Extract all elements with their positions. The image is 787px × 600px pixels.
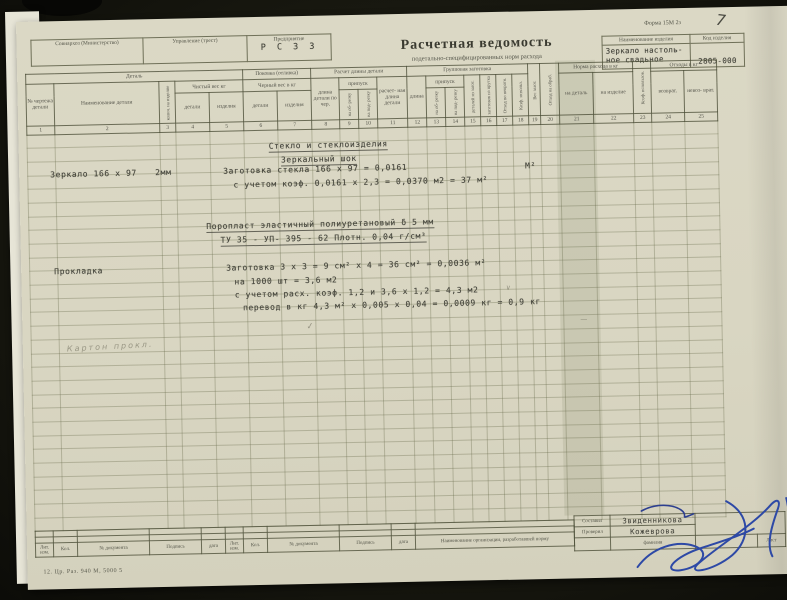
grid-cell <box>283 375 317 389</box>
grid-cell <box>27 148 55 162</box>
grid-cell <box>544 288 563 302</box>
grid-cell <box>541 124 560 138</box>
grid-cell <box>598 327 638 342</box>
grid-cell <box>434 454 453 468</box>
grid-cell <box>529 138 541 152</box>
grid-cell <box>503 426 519 440</box>
grid-cell <box>520 453 536 467</box>
grid-cell <box>214 322 248 336</box>
grid-cell <box>543 206 562 220</box>
grid-cell <box>180 350 214 364</box>
rev-sign-1: Подпись <box>149 540 201 555</box>
col2-header: Наименование детали <box>54 82 160 126</box>
grid-cell <box>634 122 652 136</box>
grid-cell <box>485 317 501 331</box>
grid-cell <box>216 431 250 445</box>
grid-cell <box>385 469 415 483</box>
grid-cell <box>409 195 428 209</box>
grid-cell <box>692 462 725 476</box>
grid-cell <box>453 468 472 482</box>
grid-cell <box>470 372 486 386</box>
grid-cell <box>366 470 385 484</box>
grid-cell <box>446 139 465 153</box>
grid-cell <box>687 244 720 258</box>
grid-cell <box>414 414 433 428</box>
grid-cell <box>652 121 685 135</box>
grid-cell <box>499 220 515 234</box>
grid-cell <box>566 397 600 411</box>
grid-cell <box>414 428 433 442</box>
grid-cell <box>451 358 470 372</box>
grid-cell <box>347 484 366 498</box>
grid-cell <box>690 380 723 394</box>
grid-cell <box>251 458 285 472</box>
grid-cell <box>250 403 284 417</box>
grid-cell <box>176 158 210 172</box>
grid-cell <box>486 371 502 385</box>
grid-cell <box>32 381 60 395</box>
col9-header: на об- резку <box>339 90 359 120</box>
grid-cell <box>452 399 471 413</box>
grid-cell <box>503 439 519 453</box>
grid-cell <box>29 244 57 258</box>
grid-cell <box>516 261 532 275</box>
col4-header: детали <box>175 93 210 123</box>
grid-cell <box>637 272 655 286</box>
grid-cell <box>183 473 217 487</box>
grid-cell <box>250 417 284 431</box>
grid-cell <box>363 333 382 347</box>
form-number: Форма 15М 2з <box>644 20 681 27</box>
grid-cell <box>283 389 317 403</box>
grid-cell <box>541 137 560 151</box>
grid-cell <box>497 152 513 166</box>
grid-cell <box>453 454 472 468</box>
grid-cell <box>533 329 545 343</box>
col22-header: на изделие <box>593 72 634 114</box>
grid-cell <box>429 236 448 250</box>
grid-cell <box>535 425 547 439</box>
col18-header: Коэф. использ. <box>512 74 529 116</box>
grid-cell <box>408 140 427 154</box>
grid-cell <box>364 374 383 388</box>
grid-cell <box>166 419 182 433</box>
col20-header: Отход на обраб. <box>540 63 560 115</box>
grid-cell <box>544 274 563 288</box>
grid-cell <box>545 315 564 329</box>
grid-cell <box>690 353 723 367</box>
grid-cell <box>466 194 482 208</box>
grid-cell <box>638 313 656 327</box>
grid-cell <box>469 344 485 358</box>
grid-cell <box>385 455 415 469</box>
grid-cell <box>453 481 472 495</box>
grid-cell <box>568 492 602 506</box>
grid-cell <box>636 204 654 218</box>
grid-cell <box>639 368 657 382</box>
grid-cell <box>168 501 184 515</box>
grid-cell <box>599 355 639 370</box>
grid-cell <box>596 232 636 247</box>
grid-cell <box>163 269 179 283</box>
grid-cell <box>33 408 61 422</box>
grid-cell <box>365 415 384 429</box>
grid-cell <box>566 438 600 452</box>
grid-cell <box>532 261 544 275</box>
grid-cell <box>517 316 533 330</box>
grid-cell <box>379 195 409 209</box>
grid-cell <box>450 345 469 359</box>
grid-cell <box>536 466 548 480</box>
grid-cell <box>519 412 535 426</box>
grid-cell <box>520 466 536 480</box>
grid-cell <box>249 376 283 390</box>
grid-cell <box>565 369 599 383</box>
grid-cell <box>688 257 721 271</box>
grid-cell <box>446 153 465 167</box>
grid-cell <box>412 332 431 346</box>
grid-cell <box>689 312 722 326</box>
grid-cell <box>383 373 413 387</box>
grid-cell <box>452 427 471 441</box>
grid-cell <box>183 487 217 501</box>
grid-cell <box>687 202 720 216</box>
grid-cell <box>30 298 58 312</box>
grid-cell <box>546 356 565 370</box>
grid-cell <box>471 399 487 413</box>
col19-header: Вес загот. <box>528 64 541 116</box>
grid-cell <box>658 408 691 422</box>
grid-cell <box>657 367 690 381</box>
grid-cell <box>531 234 543 248</box>
grid-cell <box>182 432 216 446</box>
grid-cell <box>217 486 251 500</box>
grid-cell <box>655 272 688 286</box>
grid-cell <box>427 126 446 140</box>
grid-cell <box>486 385 502 399</box>
grid-cell <box>167 460 183 474</box>
grid-cell <box>412 318 431 332</box>
grid-cell <box>547 425 566 439</box>
col6-header: детали <box>243 91 278 121</box>
grid-cell <box>341 196 360 210</box>
grid-cell <box>470 385 486 399</box>
grid-cell <box>505 494 521 508</box>
grid-cell <box>499 207 515 221</box>
grid-cell <box>347 456 366 470</box>
grid-cell <box>29 216 57 230</box>
grid-cell <box>382 332 412 346</box>
grid-cell <box>216 404 250 418</box>
pencil-tick-3: ∨ <box>505 284 511 292</box>
grid-cell <box>215 390 249 404</box>
grid-cell <box>595 163 635 178</box>
grid-cell <box>216 445 250 459</box>
sheet-label: Лист <box>757 533 785 547</box>
grid-cell <box>546 384 565 398</box>
grid-cell <box>536 453 548 467</box>
grid-cell <box>163 296 179 310</box>
grid-cell <box>448 235 467 249</box>
grid-cell <box>514 179 530 193</box>
grid-cell <box>210 130 244 144</box>
grid-cell <box>35 504 63 518</box>
checked-label: Проверил <box>574 526 610 538</box>
grid-cell <box>33 449 61 463</box>
grid-cell <box>467 221 483 235</box>
grid-cell <box>433 413 452 427</box>
grid-cell <box>639 382 657 396</box>
grid-cell <box>503 398 519 412</box>
grid-cell <box>654 244 687 258</box>
grid-cell <box>641 450 659 464</box>
grid-cell <box>530 192 542 206</box>
grid-cell <box>691 421 724 435</box>
grid-cell <box>165 378 181 392</box>
grid-cell <box>251 472 285 486</box>
grid-cell <box>176 145 210 159</box>
subgroup-allowance-1: припуск <box>339 77 377 90</box>
grid-cell <box>470 358 486 372</box>
col12-header: длина <box>407 76 427 118</box>
grid-cell <box>432 359 451 373</box>
grid-cell <box>433 427 452 441</box>
grid-cell <box>414 400 433 414</box>
grid-cell <box>545 302 564 316</box>
grid-cell <box>594 149 634 164</box>
grid-cell <box>433 441 452 455</box>
grid-cell <box>562 205 596 219</box>
grid-cell <box>179 295 213 309</box>
grid-cell <box>32 394 60 408</box>
grid-cell <box>654 231 687 245</box>
pencil-tick-1: ✓ <box>306 321 315 332</box>
grid-cell <box>286 498 320 512</box>
grid-cell <box>248 349 282 363</box>
grid-cell <box>249 390 283 404</box>
grid-cell <box>535 411 547 425</box>
grid-cell <box>560 137 594 151</box>
grid-cell <box>318 443 346 457</box>
grid-cell <box>636 218 654 232</box>
grid-cell <box>685 134 718 148</box>
grid-cell <box>162 241 178 255</box>
grid-cell <box>184 500 218 514</box>
grid-cell <box>513 124 529 138</box>
grid-cell <box>502 385 518 399</box>
grid-cell <box>214 349 248 363</box>
grid-cell <box>595 191 635 206</box>
grid-cell <box>162 228 178 242</box>
grid-cell <box>164 323 180 337</box>
grid-cell <box>594 136 634 151</box>
grid-cell <box>516 275 532 289</box>
grid-cell <box>548 466 567 480</box>
grid-cell <box>162 214 178 228</box>
grid-cell <box>28 203 56 217</box>
grid-cell <box>514 193 530 207</box>
grid-cell <box>561 191 595 205</box>
grid-cell <box>498 179 514 193</box>
grid-cell <box>531 206 543 220</box>
grid-cell <box>384 428 414 442</box>
grid-cell <box>284 430 318 444</box>
grid-cell <box>215 363 249 377</box>
grid-cell <box>641 478 659 492</box>
grid-cell <box>365 442 384 456</box>
grid-cell <box>562 219 596 233</box>
grid-cell <box>560 123 594 137</box>
grid-cell <box>408 126 427 140</box>
grid-cell <box>635 190 653 204</box>
grid-cell <box>488 481 504 495</box>
grid-cell <box>693 490 726 504</box>
grid-cell <box>250 431 284 445</box>
grid-cell <box>165 392 181 406</box>
grid-cell <box>519 398 535 412</box>
grid-cell <box>180 323 214 337</box>
grid-cell <box>519 425 535 439</box>
grid-cell <box>487 440 503 454</box>
grid-cell <box>657 381 690 395</box>
grid-cell <box>285 485 319 499</box>
signoff-block: Составил Звиденникова Проверил Кожеврова… <box>573 511 786 551</box>
grid-cell <box>564 342 598 356</box>
grid-cell <box>489 494 505 508</box>
grid-cell <box>545 329 564 343</box>
rev-qty-1: Кол. <box>53 542 77 556</box>
grid-cell <box>543 247 562 261</box>
grid-cell <box>384 401 414 415</box>
grid-cell <box>562 246 596 260</box>
form-sheet: Форма 15М 2з 7 Совнархоз (Министерство) … <box>16 5 787 589</box>
grid-cell <box>487 399 503 413</box>
grid-cell <box>537 494 549 508</box>
grid-cell <box>282 348 316 362</box>
grid-cell <box>447 194 466 208</box>
grid-cell <box>427 153 446 167</box>
grid-cell <box>501 316 517 330</box>
col1-header: № чертежа детали <box>26 84 55 126</box>
grid-cell <box>160 145 176 159</box>
grid-cell <box>178 254 212 268</box>
grid-cell <box>434 482 453 496</box>
grid-cell <box>33 422 61 436</box>
grid-cell <box>653 176 686 190</box>
rev-doc-1: № документа <box>77 541 149 557</box>
grid-cell <box>497 125 513 139</box>
detail-thickness: 2мм <box>155 168 171 177</box>
org-box-label: Совнархоз (Министерство) <box>55 40 119 47</box>
grid-cell <box>563 287 597 301</box>
grid-cell <box>345 361 364 375</box>
grid-cell <box>641 464 659 478</box>
col14-header: на под- резку <box>445 87 465 117</box>
grid-cell <box>634 135 652 149</box>
grid-cell <box>483 207 499 221</box>
grid-cell <box>216 418 250 432</box>
grid-cell <box>543 233 562 247</box>
grid-cell <box>320 498 348 512</box>
grid-cell <box>313 197 341 211</box>
detail-name-mirror: Зеркало 166 х 97 <box>50 169 137 180</box>
grid-cell <box>346 402 365 416</box>
grid-cell <box>179 268 213 282</box>
grid-cell <box>485 330 501 344</box>
grid-cell <box>688 285 721 299</box>
grid-cell <box>345 388 364 402</box>
grid-cell <box>347 470 366 484</box>
grid-cell <box>637 286 655 300</box>
grid-cell <box>28 189 56 203</box>
grid-cell <box>548 452 567 466</box>
grid-cell <box>167 474 183 488</box>
grid-cell <box>515 234 531 248</box>
grid-cell <box>639 354 657 368</box>
grid-cell <box>284 403 318 417</box>
col15-header: деталей из загот. <box>464 75 481 117</box>
subgroup-allowance-2: припуск <box>426 75 464 88</box>
grid-cell <box>282 334 316 348</box>
grid-cell <box>182 446 216 460</box>
grid-cell <box>594 122 634 137</box>
grid-cell <box>518 357 534 371</box>
grid-cell <box>472 481 488 495</box>
col21-header: на деталь <box>559 72 594 114</box>
grid-cell <box>487 426 503 440</box>
grid-cell <box>685 120 718 134</box>
grid-cell <box>502 357 518 371</box>
grid-cell <box>561 164 595 178</box>
grid-cell <box>638 327 656 341</box>
grid-cell <box>642 491 660 505</box>
grid-cell <box>317 375 345 389</box>
grid-cell <box>481 152 497 166</box>
grid-cell <box>481 139 497 153</box>
compiled-label: Составил <box>574 515 610 527</box>
grid-cell <box>533 343 545 357</box>
grid-cell <box>383 359 413 373</box>
grid-cell <box>545 343 564 357</box>
grid-cell <box>498 166 514 180</box>
grid-cell <box>601 478 641 493</box>
grid-cell <box>472 467 488 481</box>
grid-cell <box>654 203 687 217</box>
grid-cell <box>346 415 365 429</box>
grid-cell <box>182 405 216 419</box>
grid-cell <box>563 260 597 274</box>
grid-cell <box>567 465 601 479</box>
grid-cell <box>483 221 499 235</box>
grid-cell <box>428 194 447 208</box>
grid-cell <box>316 334 344 348</box>
print-reference: 12. Цр. Раз. 940 М, 5000 5 <box>43 568 122 576</box>
grid-cell <box>547 438 566 452</box>
grid-cell <box>531 220 543 234</box>
grid-cell <box>692 449 725 463</box>
grid-cell <box>691 394 724 408</box>
grid-cell <box>31 340 59 354</box>
trust-box-label: Управление (трест) <box>172 38 217 45</box>
grid-cell <box>250 444 284 458</box>
grid-cell <box>364 360 383 374</box>
grid-cell <box>366 456 385 470</box>
grid-cell <box>465 153 481 167</box>
grid-cell <box>535 439 547 453</box>
rev-date-1: дата <box>201 539 225 553</box>
col13-header: на об- резку <box>426 88 446 118</box>
grid-cell <box>483 234 499 248</box>
